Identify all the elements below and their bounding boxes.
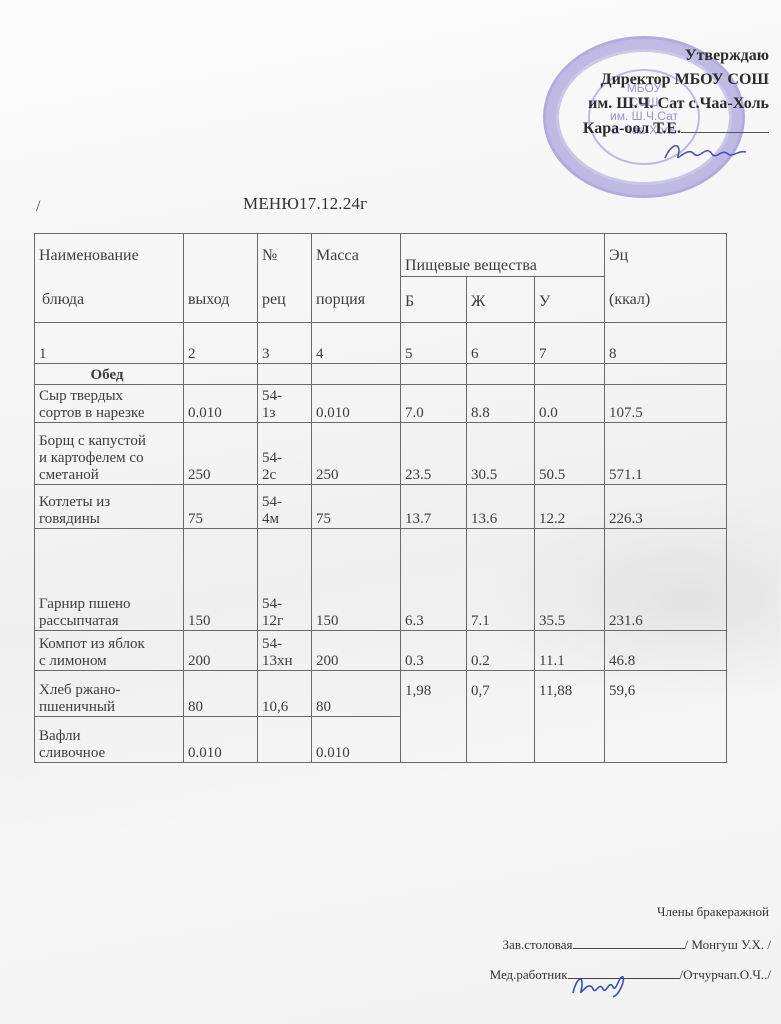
medic-label: Мед.работник: [490, 967, 568, 982]
section-title: Обед: [35, 364, 184, 385]
dish-carbs: 11.1: [535, 631, 605, 671]
recipe-line: 54-: [262, 388, 307, 405]
header-mass: Масса порция: [312, 234, 401, 323]
dish-recipe: 54-4м: [258, 485, 312, 529]
dish-recipe: 54-2с: [258, 423, 312, 485]
empty-cell: [605, 364, 727, 385]
canteen-name: / Монгуш У.Х. /: [685, 937, 771, 952]
dish-name: Хлеб ржано-пшеничный: [35, 671, 184, 717]
dish-recipe: 10,6: [258, 671, 312, 717]
dish-mass: 75: [312, 485, 401, 529]
dish-name: Сыр твердыхсортов в нарезке: [35, 385, 184, 423]
empty-cell: [535, 364, 605, 385]
dish-name-line: Сыр твердых: [39, 388, 179, 405]
approval-signer-name: Кара-оол Т.Е.: [583, 120, 681, 137]
dish-name-line: Гарнир пшено: [39, 596, 179, 613]
recipe-line: 12г: [262, 613, 307, 630]
dish-mass: 0.010: [312, 717, 401, 763]
page-title: МЕНЮ17.12.24г: [243, 194, 367, 214]
dish-protein: 1,98: [401, 671, 467, 763]
header-dish-name: Наименование блюда: [35, 234, 184, 323]
recipe-line: 54-: [262, 450, 307, 467]
column-number: 5: [401, 323, 467, 364]
commission-title: Члены бракеражной: [657, 904, 769, 920]
header-fat: Ж: [467, 277, 535, 323]
recipe-line: 54-: [262, 494, 307, 511]
recipe-line: 2с: [262, 467, 307, 484]
header-text: порция: [316, 278, 396, 322]
header-text: блюда: [39, 278, 179, 322]
dish-name-line: сливочное: [39, 745, 179, 762]
dish-mass: 250: [312, 423, 401, 485]
column-number: 4: [312, 323, 401, 364]
canteen-signature-line: Зав.столовая/ Монгуш У.Х. /: [503, 936, 771, 953]
header-text: Эц: [609, 234, 722, 278]
dish-protein: 0.3: [401, 631, 467, 671]
table-row: Хлеб ржано-пшеничный 80 10,6 80 1,98 0,7…: [35, 671, 727, 717]
dish-energy: 46.8: [605, 631, 727, 671]
column-number: 8: [605, 323, 727, 364]
dish-output: 80: [184, 671, 258, 717]
dish-recipe: 54-12г: [258, 529, 312, 631]
empty-cell: [184, 364, 258, 385]
medic-signature-line: Мед.работник/Отчурчап.О.Ч../: [490, 966, 771, 983]
table-row: Сыр твердыхсортов в нарезке 0.010 54-1з …: [35, 385, 727, 423]
dish-name: Котлеты изговядины: [35, 485, 184, 529]
header-carbs: У: [535, 277, 605, 323]
dish-carbs: 11,88: [535, 671, 605, 763]
header-text: Масса: [316, 234, 396, 278]
dish-carbs: 0.0: [535, 385, 605, 423]
dish-recipe: 54-13хн: [258, 631, 312, 671]
approval-heading: Утверждаю: [583, 44, 769, 68]
header-text: выход: [188, 278, 253, 322]
dish-energy: 226.3: [605, 485, 727, 529]
dish-output: 75: [184, 485, 258, 529]
dish-name-line: Котлеты из: [39, 494, 179, 511]
column-number: 1: [35, 323, 184, 364]
dish-output: 0.010: [184, 385, 258, 423]
header-recipe: № рец: [258, 234, 312, 323]
dish-fat: 0.2: [467, 631, 535, 671]
dish-name-line: Вафли: [39, 728, 179, 745]
section-row-lunch: Обед: [35, 364, 727, 385]
table-row: Гарнир пшенорассыпчатая 150 54-12г 150 6…: [35, 529, 727, 631]
recipe-line: 13хн: [262, 653, 307, 670]
empty-cell: [467, 364, 535, 385]
dish-output: 0.010: [184, 717, 258, 763]
dish-carbs: 50.5: [535, 423, 605, 485]
dish-fat: 8.8: [467, 385, 535, 423]
column-number-row: 1 2 3 4 5 6 7 8: [35, 323, 727, 364]
dish-mass: 80: [312, 671, 401, 717]
dish-name-line: с лимоном: [39, 653, 179, 670]
header-output: выход: [184, 234, 258, 323]
dish-name-line: Компот из яблок: [39, 636, 179, 653]
column-number: 3: [258, 323, 312, 364]
dish-mass: 150: [312, 529, 401, 631]
approval-position: Директор МБОУ СОШ: [583, 68, 769, 92]
dish-name-line: Хлеб ржано-: [39, 682, 179, 699]
dish-name-line: рассыпчатая: [39, 613, 179, 630]
column-number: 6: [467, 323, 535, 364]
dish-fat: 7.1: [467, 529, 535, 631]
dish-energy: 571.1: [605, 423, 727, 485]
dish-output: 250: [184, 423, 258, 485]
signature-blank: [568, 966, 680, 979]
recipe-line: 4м: [262, 511, 307, 528]
header-text: Пищевые вещества: [405, 257, 537, 274]
approval-school: им. Ш.Ч. Сат с.Чаа-Холь: [583, 92, 769, 116]
dish-output: 150: [184, 529, 258, 631]
header-text: (ккал): [609, 278, 722, 322]
header-text: Наименование: [39, 234, 179, 278]
medic-name: /Отчурчап.О.Ч../: [680, 967, 771, 982]
header-energy: Эц (ккал): [605, 234, 727, 323]
dish-mass: 200: [312, 631, 401, 671]
header-text: №: [262, 234, 307, 278]
dish-name: Борщ с капустойи картофелем сосметаной: [35, 423, 184, 485]
dish-recipe: 54-1з: [258, 385, 312, 423]
canteen-label: Зав.столовая: [503, 937, 573, 952]
table-row: Компот из яблокс лимоном 200 54-13хн 200…: [35, 631, 727, 671]
dish-name-line: Борщ с капустой: [39, 433, 179, 450]
dish-carbs: 12.2: [535, 485, 605, 529]
dish-fat: 0,7: [467, 671, 535, 763]
dish-energy: 107.5: [605, 385, 727, 423]
dish-fat: 13.6: [467, 485, 535, 529]
header-text: рец: [262, 278, 307, 322]
dish-name: Гарнир пшенорассыпчатая: [35, 529, 184, 631]
header-nutrients: Пищевые вещества: [401, 234, 605, 277]
dish-protein: 7.0: [401, 385, 467, 423]
empty-cell: [401, 364, 467, 385]
dish-output: 200: [184, 631, 258, 671]
table-row: Борщ с капустойи картофелем сосметаной 2…: [35, 423, 727, 485]
slash-mark: /: [36, 198, 40, 216]
empty-cell: [258, 364, 312, 385]
dish-energy: 59,6: [605, 671, 727, 763]
dish-name-line: и картофелем со: [39, 450, 179, 467]
dish-energy: 231.6: [605, 529, 727, 631]
header-protein: Б: [401, 277, 467, 323]
dish-recipe: [258, 717, 312, 763]
dish-name-line: говядины: [39, 511, 179, 528]
dish-name-line: сметаной: [39, 467, 179, 484]
signature-line: [681, 116, 769, 133]
dish-name: Вафлисливочное: [35, 717, 184, 763]
menu-table: Наименование блюда выход № рец Масса пор…: [34, 233, 727, 763]
dish-name-line: пшеничный: [39, 699, 179, 716]
dish-name-line: сортов в нарезке: [39, 405, 179, 422]
recipe-line: 54-: [262, 636, 307, 653]
column-number: 2: [184, 323, 258, 364]
dish-protein: 23.5: [401, 423, 467, 485]
recipe-line: 54-: [262, 596, 307, 613]
dish-fat: 30.5: [467, 423, 535, 485]
signature-blank: [573, 936, 685, 949]
recipe-line: 1з: [262, 405, 307, 422]
approval-signer: Кара-оол Т.Е.: [583, 116, 769, 141]
dish-carbs: 35.5: [535, 529, 605, 631]
column-number: 7: [535, 323, 605, 364]
table-row: Котлеты изговядины 75 54-4м 75 13.7 13.6…: [35, 485, 727, 529]
dish-name: Компот из яблокс лимоном: [35, 631, 184, 671]
empty-cell: [312, 364, 401, 385]
dish-protein: 13.7: [401, 485, 467, 529]
approval-block: Утверждаю Директор МБОУ СОШ им. Ш.Ч. Сат…: [583, 44, 769, 141]
dish-mass: 0.010: [312, 385, 401, 423]
dish-protein: 6.3: [401, 529, 467, 631]
